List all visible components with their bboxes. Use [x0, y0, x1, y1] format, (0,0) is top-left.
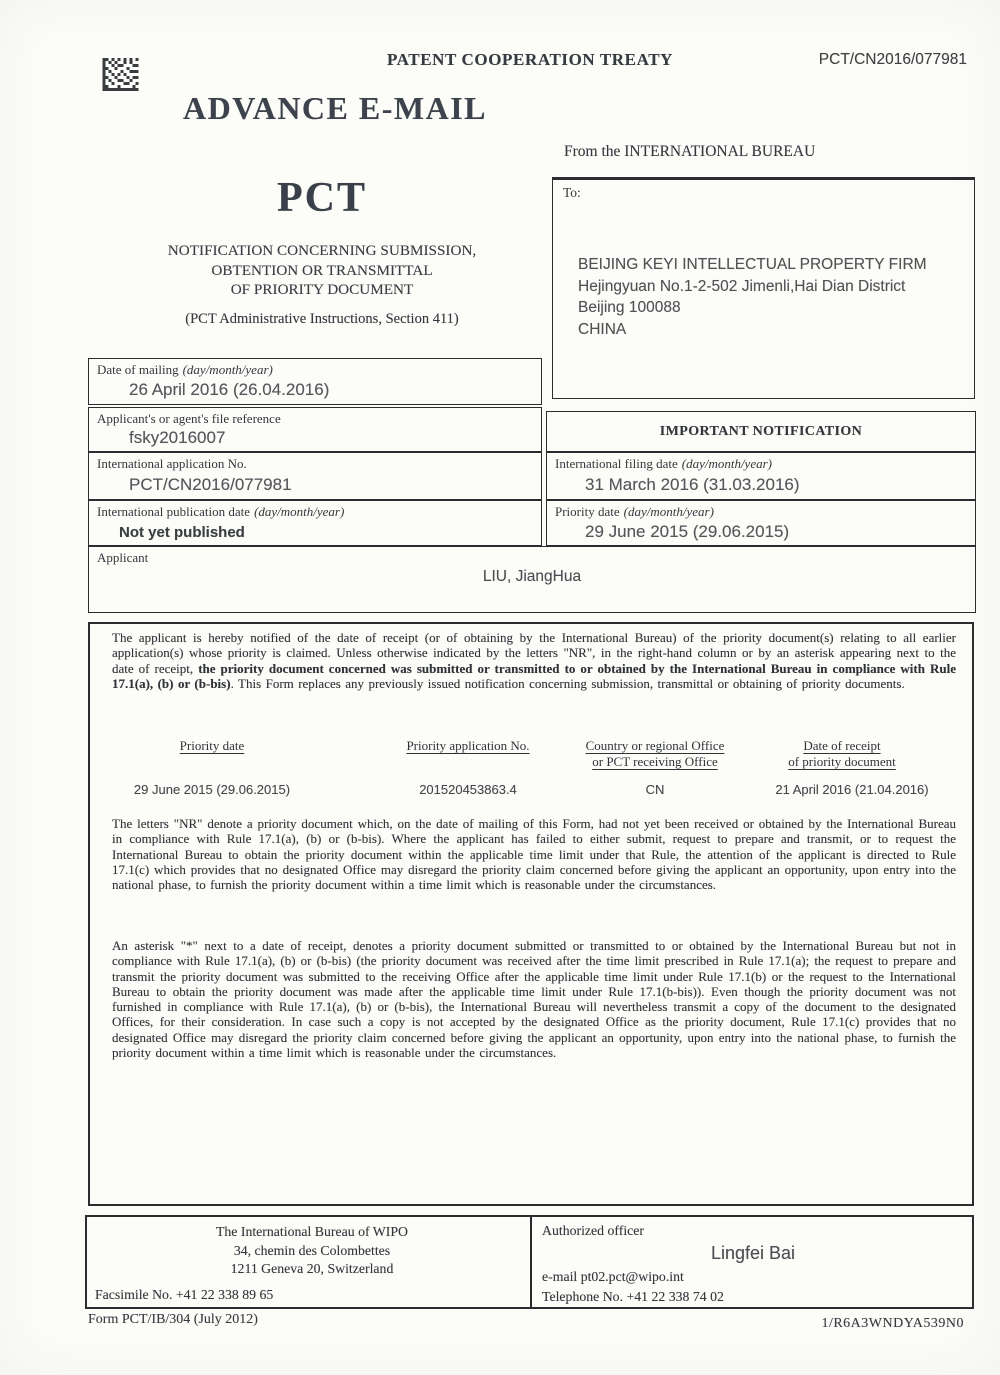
application-number-header: PCT/CN2016/077981 [819, 51, 967, 69]
address-line: Beijing 100088 [578, 297, 927, 319]
to-address-box: To: BEIJING KEYI INTELLECTUAL PROPERTY F… [552, 177, 975, 399]
col-header-date-of-receipt: Date of receiptof priority document [742, 738, 942, 770]
date-of-mailing-value: 26 April 2016 (26.04.2016) [129, 380, 329, 400]
recipient-address: BEIJING KEYI INTELLECTUAL PROPERTY FIRM … [578, 254, 927, 340]
address-line: BEIJING KEYI INTELLECTUAL PROPERTY FIRM [578, 254, 927, 276]
col-header-office: Country or regional Officeor PCT receivi… [555, 738, 755, 770]
intl-publication-date-box: International publication date(day/month… [88, 500, 542, 546]
intl-application-no-box: International application No. PCT/CN2016… [88, 452, 542, 500]
authorized-officer-name: Lingfei Bai [530, 1243, 976, 1264]
date-of-mailing-box: Date of mailing(day/month/year) 26 April… [88, 358, 542, 405]
priority-date-label: Priority date(day/month/year) [555, 504, 714, 520]
applicant-value: LIU, JiangHua [89, 568, 975, 586]
intl-application-no-label: International application No. [97, 456, 247, 472]
date-of-mailing-label: Date of mailing(day/month/year) [97, 362, 273, 378]
body-paragraph-3: An asterisk "*" next to a date of receip… [112, 938, 956, 1060]
cell-priority-date: 29 June 2015 (29.06.2015) [102, 782, 322, 797]
advance-email-title: ADVANCE E-MAIL [183, 90, 487, 127]
pct-heading: PCT [232, 174, 412, 222]
cell-office: CN [555, 782, 755, 797]
intl-filing-date-label: International filing date(day/month/year… [555, 456, 772, 472]
authorized-officer-label: Authorized officer [542, 1223, 644, 1239]
intl-filing-date-value: 31 March 2016 (31.03.2016) [585, 475, 800, 495]
applicant-label: Applicant [97, 550, 148, 566]
facsimile-number: Facsimile No. +41 22 338 89 65 [95, 1287, 273, 1303]
to-label: To: [563, 185, 581, 201]
intl-application-no-value: PCT/CN2016/077981 [129, 475, 292, 495]
cell-date-of-receipt: 21 April 2016 (21.04.2016) [742, 782, 962, 797]
address-line: Hejingyuan No.1-2-502 Jimenli,Hai Dian D… [578, 276, 927, 298]
col-header-priority-application-no: Priority application No. [368, 738, 568, 754]
address-line: CHINA [578, 319, 927, 341]
telephone-number: Telephone No. +41 22 338 74 02 [542, 1289, 724, 1305]
intl-filing-date-box: International filing date(day/month/year… [546, 452, 976, 500]
admin-instructions-ref: (PCT Administrative Instructions, Sectio… [130, 311, 514, 328]
cell-priority-application-no: 201520453863.4 [368, 782, 568, 797]
priority-date-box: Priority date(day/month/year) 29 June 20… [546, 500, 976, 546]
applicant-box: Applicant LIU, JiangHua [88, 546, 976, 613]
intl-publication-date-value: Not yet published [119, 524, 245, 541]
notification-title-line2: OBTENTION OR TRANSMITTAL [130, 261, 514, 281]
file-reference-box: Applicant's or agent's file reference fs… [88, 407, 542, 452]
scanned-pct-form-page: PATENT COOPERATION TREATY PCT/CN2016/077… [0, 0, 1000, 1375]
form-identifier: Form PCT/IB/304 (July 2012) [88, 1312, 258, 1328]
notification-body-box: The applicant is hereby notified of the … [88, 622, 974, 1206]
datamatrix-barcode-icon [102, 58, 139, 91]
body-paragraph-2: The letters "NR" denote a priority docum… [112, 816, 956, 892]
notification-title-line1: NOTIFICATION CONCERNING SUBMISSION, [130, 241, 514, 261]
officer-email: e-mail pt02.pct@wipo.int [542, 1269, 684, 1285]
col-header-priority-date: Priority date [112, 738, 312, 754]
file-reference-label: Applicant's or agent's file reference [97, 411, 281, 427]
notification-title-line3: OF PRIORITY DOCUMENT [130, 280, 514, 300]
treaty-title: PATENT COOPERATION TREATY [330, 50, 730, 70]
bureau-address-line3: 1211 Geneva 20, Switzerland [117, 1260, 507, 1279]
notification-title: NOTIFICATION CONCERNING SUBMISSION, OBTE… [130, 241, 514, 300]
footer-contact-box: The International Bureau of WIPO 34, che… [85, 1215, 974, 1309]
bureau-address: The International Bureau of WIPO 34, che… [117, 1223, 507, 1279]
bureau-address-line1: The International Bureau of WIPO [117, 1223, 507, 1242]
document-code: 1/R6A3WNDYA539N0 [821, 1316, 964, 1332]
bureau-address-line2: 34, chemin des Colombettes [117, 1242, 507, 1261]
from-international-bureau: From the INTERNATIONAL BUREAU [564, 143, 815, 161]
priority-date-value: 29 June 2015 (29.06.2015) [585, 522, 789, 542]
intl-publication-date-label: International publication date(day/month… [97, 504, 344, 520]
important-notification-box: IMPORTANT NOTIFICATION [546, 411, 976, 452]
important-notification-text: IMPORTANT NOTIFICATION [547, 424, 975, 440]
file-reference-value: fsky2016007 [129, 428, 225, 448]
body-paragraph-1-post: . This Form replaces any previously issu… [231, 676, 905, 691]
body-paragraph-1: The applicant is hereby notified of the … [112, 630, 956, 691]
